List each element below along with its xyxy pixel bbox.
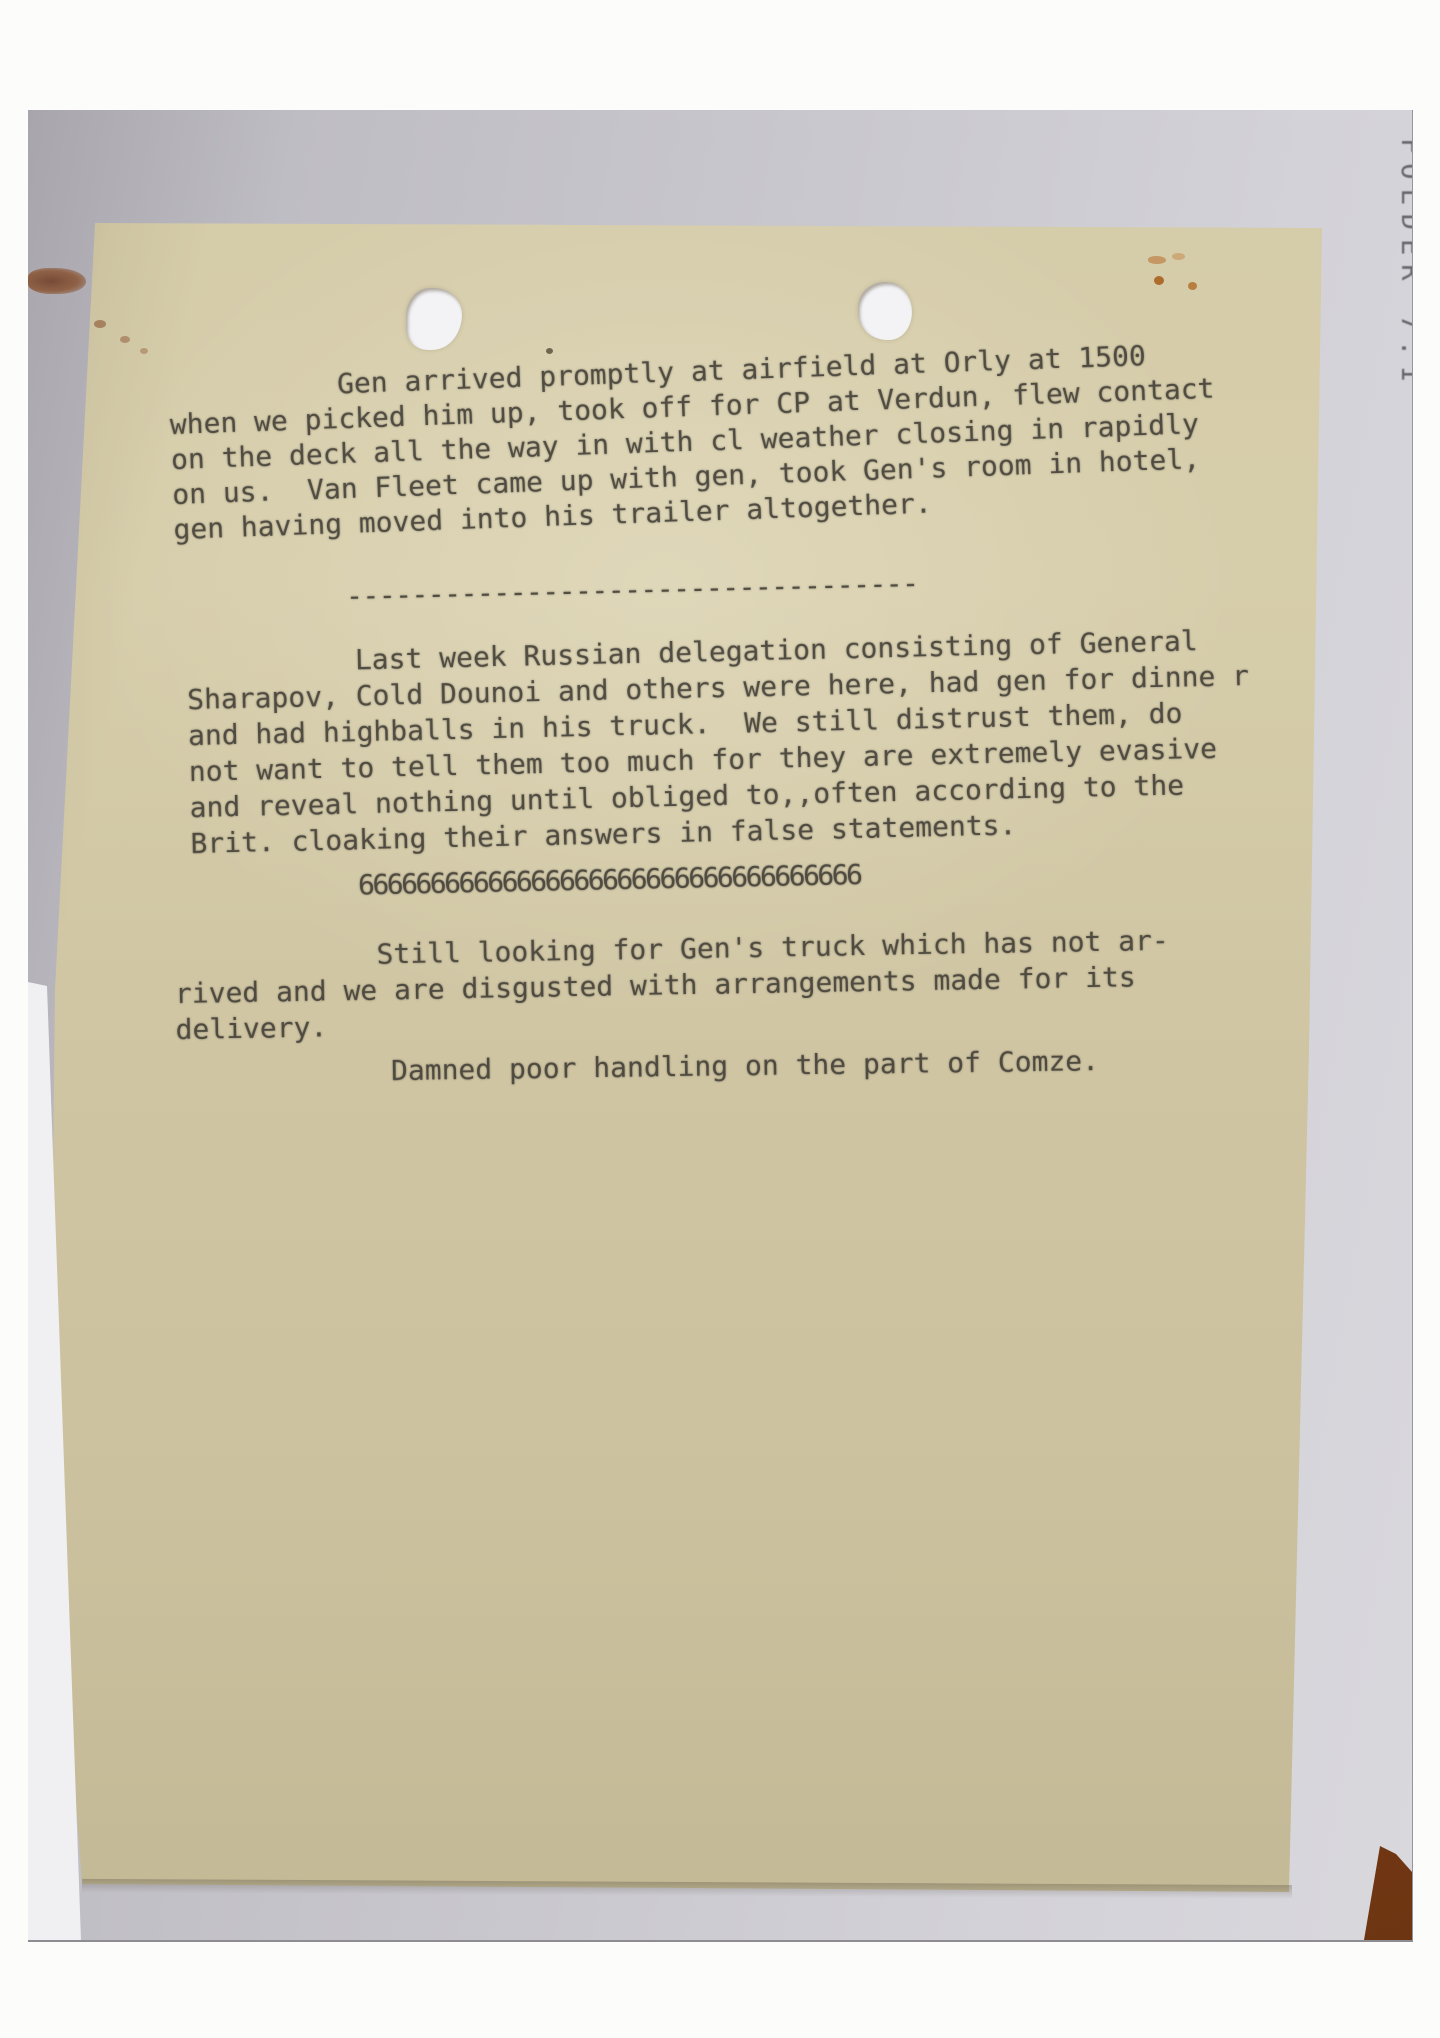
folder-edge-label: FOLDER 7.1 — [1395, 138, 1413, 391]
rust-stain-right — [1188, 282, 1197, 290]
memo-paragraph-2: Last week Russian delegation consisting … — [186, 622, 1253, 862]
rust-stain-dot — [94, 320, 106, 328]
rust-stain-dot — [120, 336, 130, 343]
rust-stain-dot — [140, 348, 148, 354]
memo-paragraph-1: Gen arrived promptly at airfield at Orly… — [168, 336, 1219, 547]
rust-stain-smear — [28, 268, 86, 294]
rust-stain-right — [1148, 256, 1166, 264]
rust-stain-right — [1172, 253, 1185, 260]
punch-hole-right — [858, 282, 912, 340]
photo-area: Gen arrived promptly at airfield at Orly… — [28, 110, 1413, 1942]
ink-speck — [546, 348, 553, 354]
scanned-document-page: Gen arrived promptly at airfield at Orly… — [0, 0, 1440, 2038]
memo-paragraph-3: Still looking for Gen's truck which has … — [174, 923, 1170, 1048]
rust-stain-right — [1154, 276, 1164, 285]
